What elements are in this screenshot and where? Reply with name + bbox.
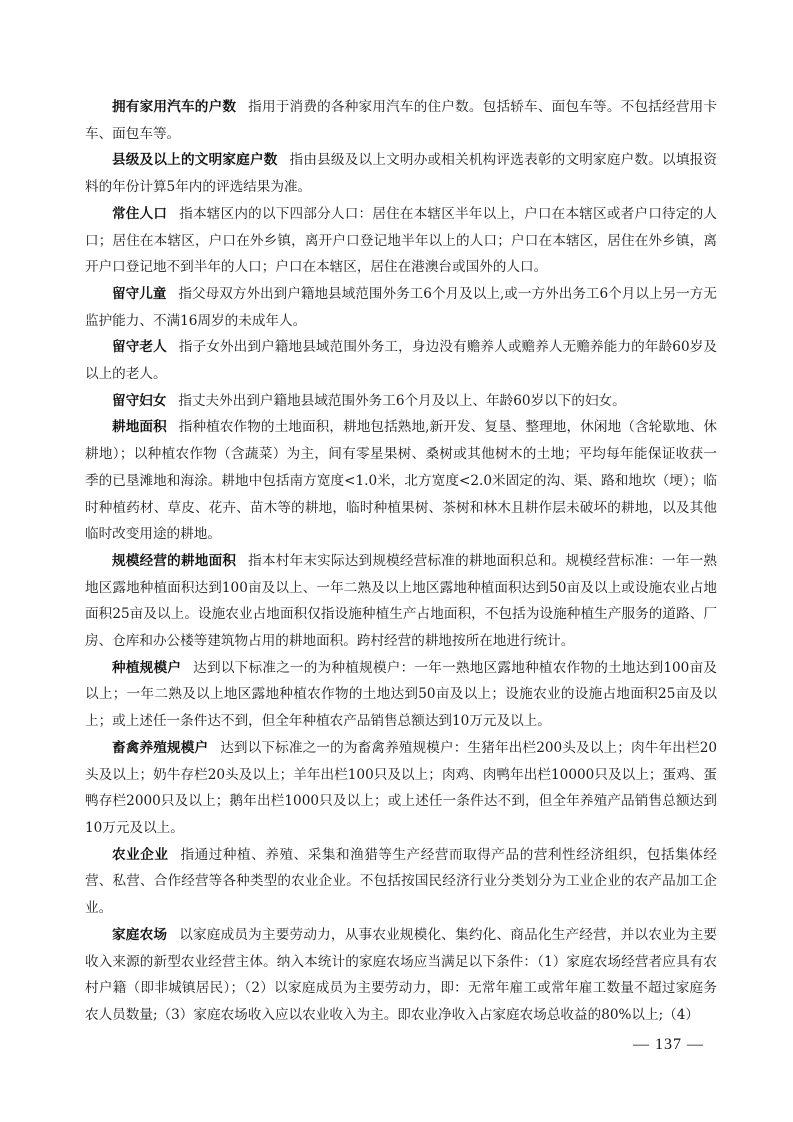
definition: 指种植农作物的土地面积，耕地包括熟地,新开发、复垦、整理地，休闲地（含轮歇地、休… [85, 419, 717, 542]
term: 耕地面积 [112, 419, 167, 435]
entry-car-households: 拥有家用汽车的户数指用于消费的各种家用汽车的住户数。包括轿车、面包车等。不包括经… [85, 94, 717, 147]
document-body: 拥有家用汽车的户数指用于消费的各种家用汽车的住户数。包括轿车、面包车等。不包括经… [85, 94, 717, 1029]
definition: 指父母双方外出到户籍地县域范围外务工6个月及以上,或一方外出务工6个月以上另一方… [85, 286, 717, 329]
definition: 指本辖区内的以下四部分人口：居住在本辖区半年以上，户口在本辖区或者户口待定的人口… [85, 206, 717, 275]
term: 种植规模户 [112, 660, 181, 676]
entry-family-farm: 家庭农场以家庭成员为主要劳动力，从事农业规模化、集约化、商品化生产经营，并以农业… [85, 922, 717, 1029]
page-number: — 137 — [633, 1036, 704, 1054]
term: 规模经营的耕地面积 [112, 553, 236, 569]
term: 留守妇女 [112, 393, 166, 409]
term: 农业企业 [112, 847, 169, 863]
definition: 指丈夫外出到户籍地县域范围外务工6个月及以上、年龄60岁以下的妇女。 [178, 393, 625, 409]
term: 县级及以上的文明家庭户数 [112, 152, 278, 168]
term: 常住人口 [112, 206, 167, 222]
entry-left-behind-elderly: 留守老人指子女外出到户籍地县域范围外务工，身边没有赡养人或赡养人无赡养能力的年龄… [85, 334, 717, 387]
entry-large-scale-land-area: 规模经营的耕地面积指本村年末实际达到规模经营标准的耕地面积总和。规模经营标准：一… [85, 548, 717, 655]
definition: 指子女外出到户籍地县域范围外务工，身边没有赡养人或赡养人无赡养能力的年龄60岁及… [85, 339, 717, 382]
term: 家庭农场 [112, 927, 167, 943]
definition: 指通过种植、养殖、采集和渔猎等生产经营而取得产品的营利性经济组织，包括集体经营、… [85, 847, 717, 916]
entry-resident-population: 常住人口指本辖区内的以下四部分人口：居住在本辖区半年以上，户口在本辖区或者户口待… [85, 201, 717, 281]
entry-civilized-families: 县级及以上的文明家庭户数指由县级及以上文明办或相关机构评选表彰的文明家庭户数。以… [85, 147, 717, 200]
entry-left-behind-women: 留守妇女指丈夫外出到户籍地县域范围外务工6个月及以上、年龄60岁以下的妇女。 [85, 388, 717, 415]
term: 畜禽养殖规模户 [112, 740, 208, 756]
entry-left-behind-children: 留守儿童指父母双方外出到户籍地县域范围外务工6个月及以上,或一方外出务工6个月以… [85, 281, 717, 334]
entry-planting-large-households: 种植规模户达到以下标准之一的为种植规模户：一年一熟地区露地种植农作物的土地达到1… [85, 655, 717, 735]
term: 拥有家用汽车的户数 [112, 99, 236, 115]
entry-cultivated-land-area: 耕地面积指种植农作物的土地面积，耕地包括熟地,新开发、复垦、整理地，休闲地（含轮… [85, 414, 717, 548]
entry-agricultural-enterprise: 农业企业指通过种植、养殖、采集和渔猎等生产经营而取得产品的营利性经济组织，包括集… [85, 842, 717, 922]
term: 留守老人 [112, 339, 167, 355]
entry-livestock-large-households: 畜禽养殖规模户达到以下标准之一的为畜禽养殖规模户：生猪年出栏200头及以上；肉牛… [85, 735, 717, 842]
term: 留守儿童 [112, 286, 166, 302]
definition: 以家庭成员为主要劳动力，从事农业规模化、集约化、商品化生产经营，并以农业为主要收… [85, 927, 717, 1023]
